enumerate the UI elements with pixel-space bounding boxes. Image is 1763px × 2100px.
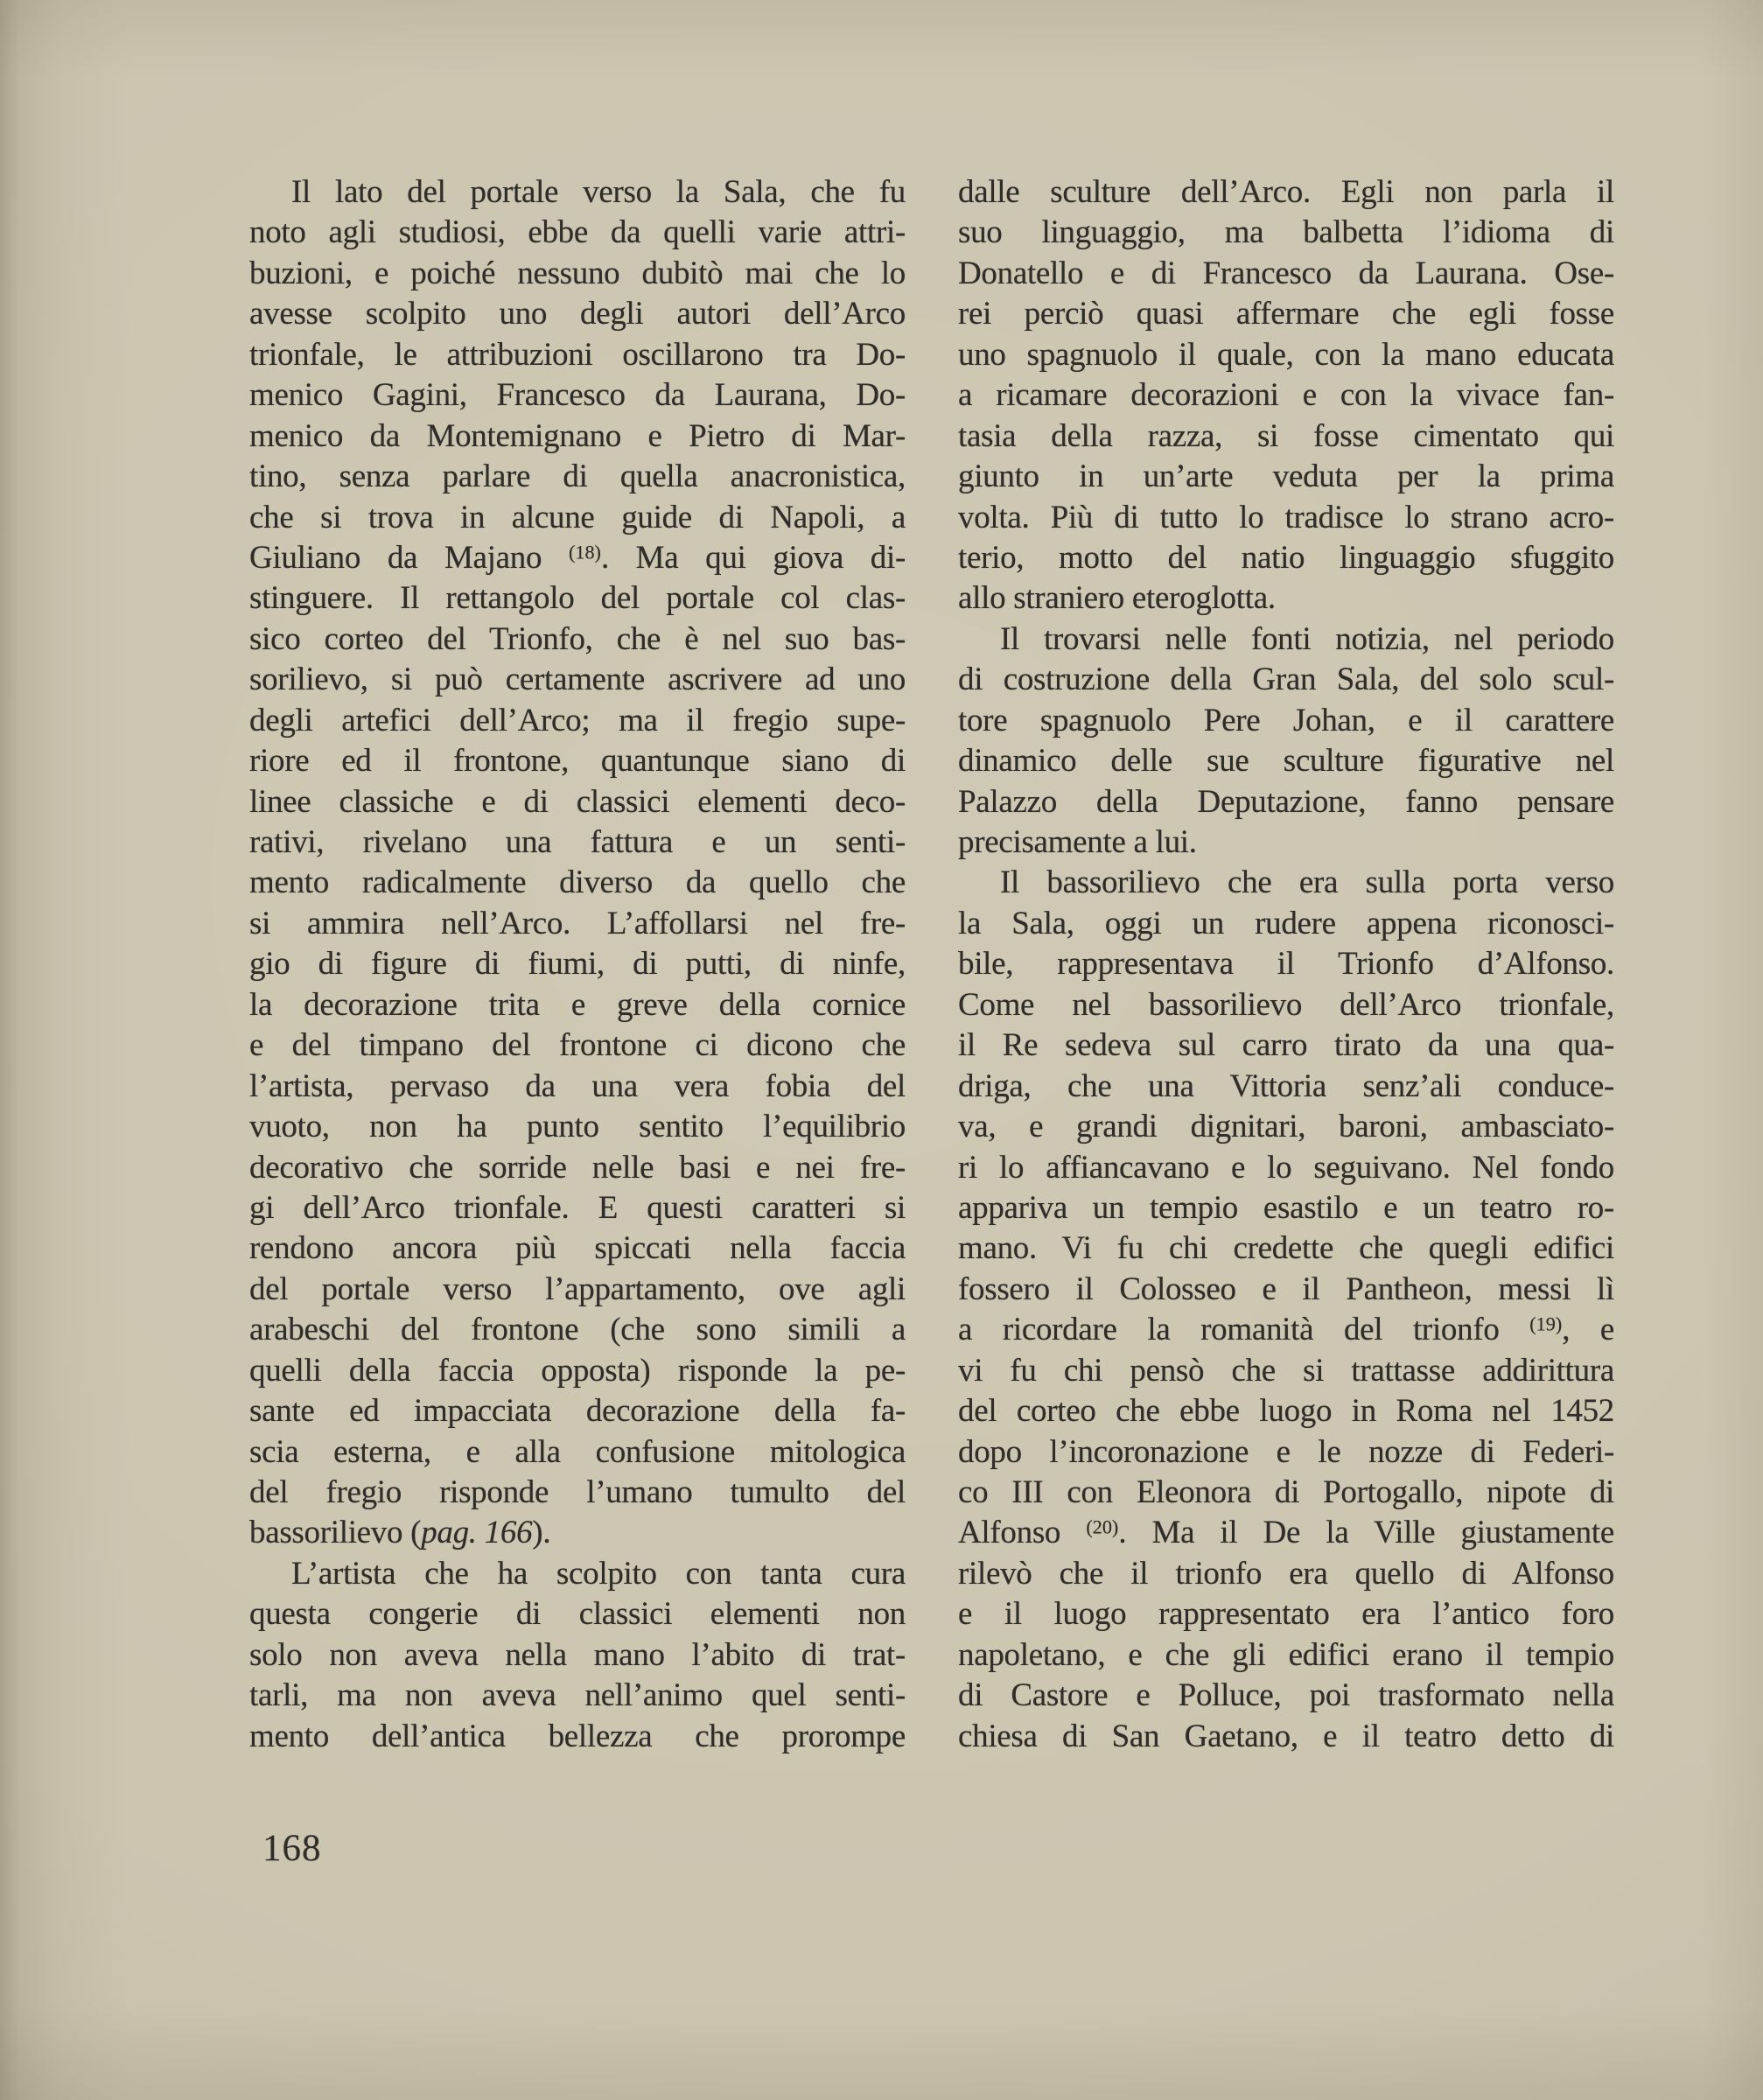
text-line: Il trovarsi nelle fonti notizia, nel per… (958, 619, 1614, 660)
text-line: ri lo affiancavano e lo seguivano. Nel f… (958, 1148, 1614, 1188)
text-line: menico da Montemignano e Pietro di Mar- (249, 416, 906, 457)
text-line: l’artista, pervaso da una vera fobia del (249, 1067, 906, 1107)
text-line: tasia della razza, si fosse cimentato qu… (958, 416, 1614, 457)
text-line: mento radicalmente diverso da quello che (249, 863, 906, 903)
text-line: decorativo che sorride nelle basi e nei … (249, 1148, 906, 1188)
text-line: noto agli studiosi, ebbe da quelli varie… (249, 213, 906, 253)
text-line: chiesa di San Gaetano, e il teatro detto… (958, 1717, 1614, 1757)
text-line: tarli, ma non aveva nell’animo quel sent… (249, 1676, 906, 1716)
text-line: rei perciò quasi affermare che egli foss… (958, 294, 1614, 334)
text-line: sorilievo, si può certamente ascrivere a… (249, 660, 906, 700)
text-line: e del timpano del frontone ci dicono che (249, 1025, 906, 1066)
text-line: vuoto, non ha punto sentito l’equilibrio (249, 1107, 906, 1147)
text-line: co III con Eleonora di Portogallo, nipot… (958, 1473, 1614, 1513)
text-line: volta. Più di tutto lo tradisce lo stran… (958, 498, 1614, 538)
text-line: linee classiche e di classici elementi d… (249, 782, 906, 822)
text-line: giunto in un’arte veduta per la prima (958, 457, 1614, 497)
text-line: Palazzo della Deputazione, fanno pensare (958, 782, 1614, 822)
text-line: driga, che una Vittoria senz’ali conduce… (958, 1067, 1614, 1107)
text-line: rendono ancora più spiccati nella faccia (249, 1228, 906, 1269)
text-line: suo linguaggio, ma balbetta l’idioma di (958, 213, 1614, 253)
text-line: a ricordare la romanità del trionfo (19)… (958, 1310, 1614, 1350)
text-line: stinguere. Il rettangolo del portale col… (249, 578, 906, 619)
book-page: Il lato del portale verso la Sala, che f… (0, 0, 1763, 2100)
text-line: e il luogo rappresentato era l’antico fo… (958, 1594, 1614, 1634)
text-line: Alfonso (20). Ma il De la Ville giustame… (958, 1513, 1614, 1553)
text-line: la decorazione trita e greve della corni… (249, 985, 906, 1025)
text-line: mano. Vi fu chi credette che quegli edif… (958, 1228, 1614, 1269)
text-line: rativi, rivelano una fattura e un senti- (249, 822, 906, 863)
text-line: allo straniero eteroglotta. (958, 578, 1614, 619)
text-line: scia esterna, e alla confusione mitologi… (249, 1432, 906, 1473)
text-line: precisamente a lui. (958, 822, 1614, 863)
text-column-left: Il lato del portale verso la Sala, che f… (249, 172, 906, 1757)
text-line: a ricamare decorazioni e con la vivace f… (958, 375, 1614, 416)
text-line: di costruzione della Gran Sala, del solo… (958, 660, 1614, 700)
text-line: la Sala, oggi un rudere appena riconosci… (958, 904, 1614, 944)
text-line: degli artefici dell’Arco; ma il fregio s… (249, 701, 906, 741)
text-line: tino, senza parlare di quella anacronist… (249, 457, 906, 497)
text-line: mento dell’antica bellezza che prorompe (249, 1717, 906, 1757)
text-line: buzioni, e poiché nessuno dubitò mai che… (249, 254, 906, 294)
text-line: quelli della faccia opposta) risponde la… (249, 1351, 906, 1391)
text-line: del corteo che ebbe luogo in Roma nel 14… (958, 1391, 1614, 1431)
text-line: bile, rappresentava il Trionfo d’Alfonso… (958, 944, 1614, 984)
text-line: il Re sedeva sul carro tirato da una qua… (958, 1025, 1614, 1066)
text-line: Il lato del portale verso la Sala, che f… (249, 172, 906, 213)
text-line: uno spagnuolo il quale, con la mano educ… (958, 335, 1614, 375)
text-line: dinamico delle sue sculture figurative n… (958, 741, 1614, 781)
text-line: sante ed impacciata decorazione della fa… (249, 1391, 906, 1431)
text-line: fossero il Colosseo e il Pantheon, messi… (958, 1270, 1614, 1310)
text-line: trionfale, le attribuzioni oscillarono t… (249, 335, 906, 375)
text-line: questa congerie di classici elementi non (249, 1594, 906, 1634)
text-column-right: dalle sculture dell’Arco. Egli non parla… (958, 172, 1614, 1757)
text-line: del portale verso l’appartamento, ove ag… (249, 1270, 906, 1310)
text-line: rilevò che il trionfo era quello di Alfo… (958, 1554, 1614, 1594)
text-line: Giuliano da Majano (18). Ma qui giova di… (249, 538, 906, 578)
text-line: Il bassorilievo che era sulla porta vers… (958, 863, 1614, 903)
page-number: 168 (262, 1829, 322, 1869)
text-line: avesse scolpito uno degli autori dell’Ar… (249, 294, 906, 334)
text-line: terio, motto del natio linguaggio sfuggi… (958, 538, 1614, 578)
text-line: dalle sculture dell’Arco. Egli non parla… (958, 172, 1614, 213)
text-line: Come nel bassorilievo dell’Arco trionfal… (958, 985, 1614, 1025)
text-line: del fregio risponde l’umano tumulto del (249, 1473, 906, 1513)
text-line: sico corteo del Trionfo, che è nel suo b… (249, 619, 906, 660)
text-line: si ammira nell’Arco. L’affollarsi nel fr… (249, 904, 906, 944)
text-line: gi dell’Arco trionfale. E questi caratte… (249, 1188, 906, 1228)
text-line: gio di figure di fiumi, di putti, di nin… (249, 944, 906, 984)
text-line: tore spagnuolo Pere Johan, e il caratter… (958, 701, 1614, 741)
text-line: arabeschi del frontone (che sono simili … (249, 1310, 906, 1350)
text-line: che si trova in alcune guide di Napoli, … (249, 498, 906, 538)
text-line: napoletano, e che gli edifici erano il t… (958, 1635, 1614, 1676)
text-line: menico Gagini, Francesco da Laurana, Do- (249, 375, 906, 416)
text-line: riore ed il frontone, quantunque siano d… (249, 741, 906, 781)
text-line: L’artista che ha scolpito con tanta cura (249, 1554, 906, 1594)
text-line: Donatello e di Francesco da Laurana. Ose… (958, 254, 1614, 294)
text-line: vi fu chi pensò che si trattasse addirit… (958, 1351, 1614, 1391)
text-line: bassorilievo (pag. 166). (249, 1513, 906, 1553)
text-line: di Castore e Polluce, poi trasformato ne… (958, 1676, 1614, 1716)
text-line: dopo l’incoronazione e le nozze di Feder… (958, 1432, 1614, 1473)
text-line: va, e grandi dignitari, baroni, ambascia… (958, 1107, 1614, 1147)
text-line: solo non aveva nella mano l’abito di tra… (249, 1635, 906, 1676)
text-line: appariva un tempio esastilo e un teatro … (958, 1188, 1614, 1228)
